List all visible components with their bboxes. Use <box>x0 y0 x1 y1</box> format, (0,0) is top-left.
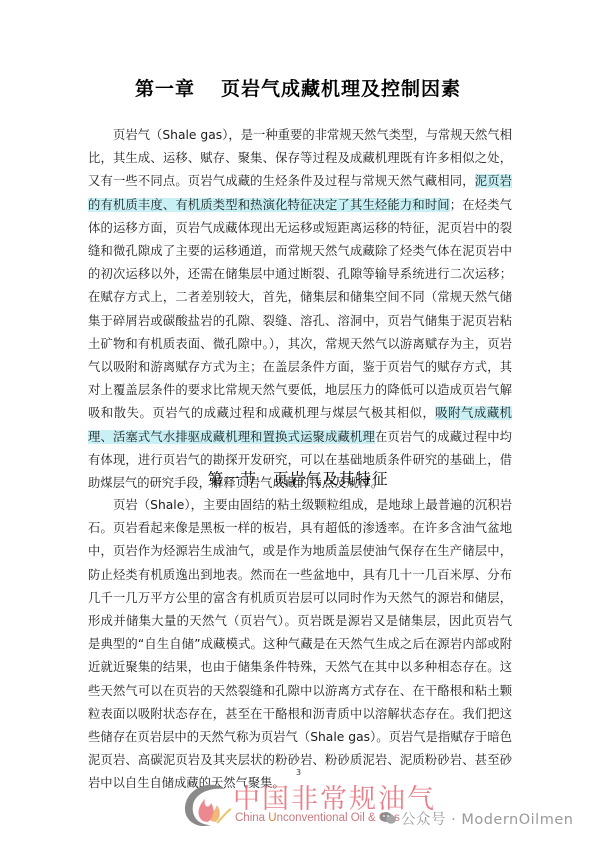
section-title-text: 页岩气及其特征 <box>273 470 389 488</box>
paragraph-text: 页岩气（Shale gas），是一种重要的非常规天然气类型，与常规天然气相比，其… <box>88 128 512 188</box>
section-number: 第一节 <box>207 470 257 488</box>
logo-english-text: China Unconventional Oil & Gas <box>235 812 400 824</box>
paragraph-text: ；在烃类气体的运移方面，页岩气成藏体现出无运移或短距离运移的特征，泥页岩中的裂缝… <box>88 198 512 421</box>
paragraph-text: 页岩（Shale），主要由固结的粘土级颗粒组成，是地球上最普遍的沉积岩石。页岩看… <box>88 498 512 790</box>
wechat-account-watermark: 公众号 · ModernOilmen <box>401 808 573 829</box>
logo-en-prefix: China <box>235 812 268 824</box>
chapter-number: 第一章 <box>135 78 195 100</box>
section-title: 第一节页岩气及其特征 <box>0 467 596 489</box>
paragraph-shale-gas-mechanism: 页岩气（Shale gas），是一种重要的非常规天然气类型，与常规天然气相比，其… <box>88 124 512 495</box>
flame-logo-icon <box>181 781 233 829</box>
document-page: 第一章页岩气成藏机理及控制因素 页岩气（Shale gas），是一种重要的非常规… <box>0 0 596 842</box>
chapter-title: 第一章页岩气成藏机理及控制因素 <box>0 74 596 101</box>
footer-watermark: 中国非常规油气 China Unconventional Oil & Gas 公… <box>175 775 595 835</box>
paragraph-shale-characteristics: 页岩（Shale），主要由固结的粘土级颗粒组成，是地球上最普遍的沉积岩石。页岩看… <box>88 494 512 796</box>
logo-en-u: U <box>268 812 276 824</box>
chapter-title-text: 页岩气成藏机理及控制因素 <box>221 78 461 100</box>
wechat-icon <box>379 811 397 825</box>
